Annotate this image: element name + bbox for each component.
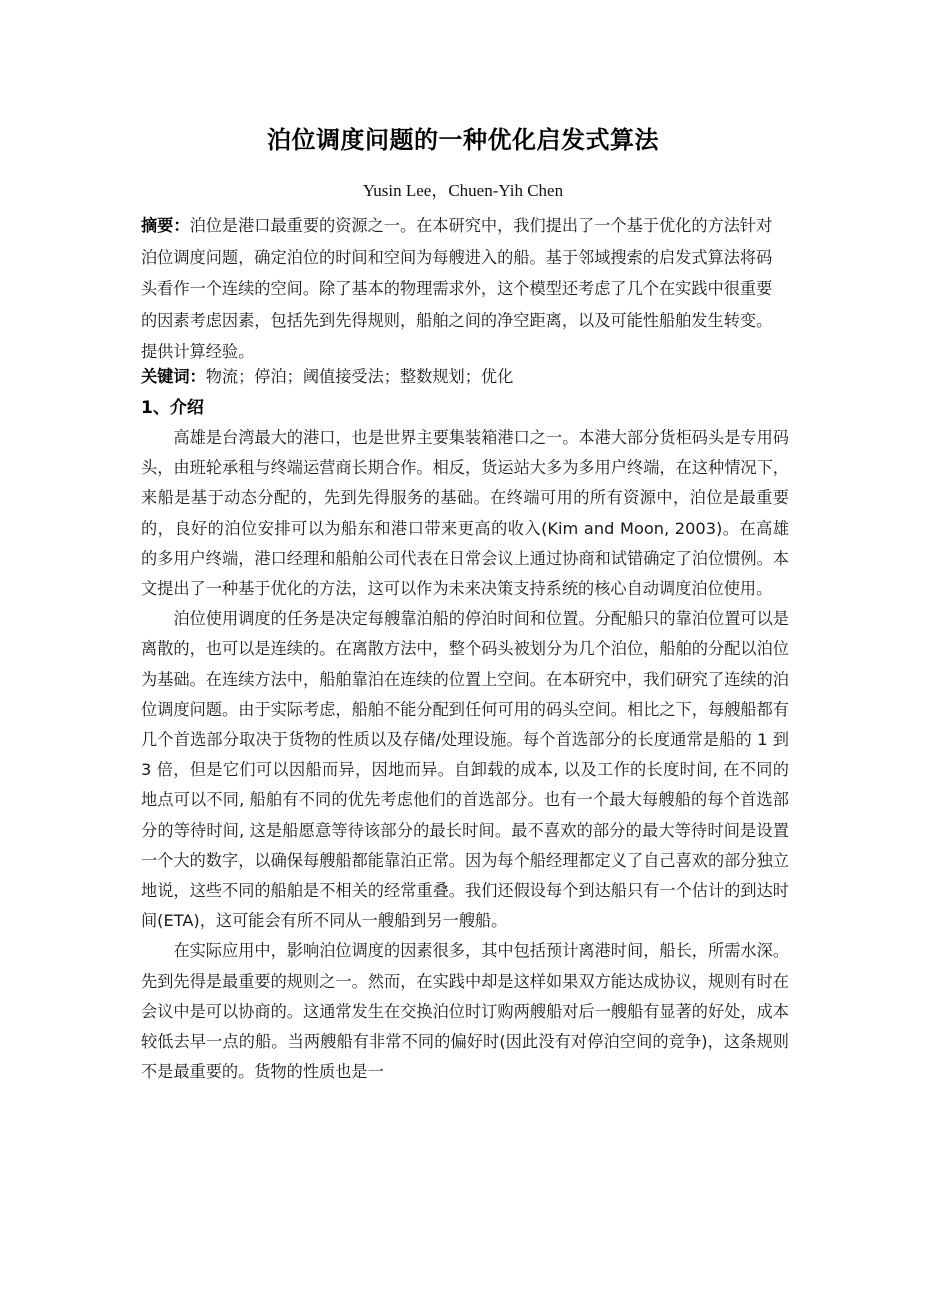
paragraph: 泊位使用调度的任务是决定每艘靠泊船的停泊时间和位置。分配船只的靠泊位置可以是离散… xyxy=(141,604,789,936)
keywords-label: 关键词： xyxy=(141,367,206,386)
abstract-text: 泊位是港口最重要的资源之一。在本研究中，我们提出了一个基于优化的方法针对泊位调度… xyxy=(141,216,772,361)
abstract: 摘要：泊位是港口最重要的资源之一。在本研究中，我们提出了一个基于优化的方法针对泊… xyxy=(141,210,781,368)
abstract-label: 摘要： xyxy=(141,216,190,235)
keywords-text: 物流；停泊；阈值接受法；整数规划；优化 xyxy=(206,367,514,386)
paper-title: 泊位调度问题的一种优化启发式算法 xyxy=(0,120,926,155)
keywords: 关键词：物流；停泊；阈值接受法；整数规划；优化 xyxy=(141,362,789,392)
document-page: 泊位调度问题的一种优化启发式算法 Yusin Lee，Chuen-Yih Che… xyxy=(0,0,926,1309)
paragraph: 在实际应用中，影响泊位调度的因素很多，其中包括预计离港时间，船长，所需水深。先到… xyxy=(141,936,789,1087)
paragraph: 高雄是台湾最大的港口，也是世界主要集装箱港口之一。本港大部分货柜码头是专用码头，… xyxy=(141,423,789,604)
section-heading: 1、介绍 xyxy=(141,393,789,423)
paper-authors: Yusin Lee，Chuen-Yih Chen xyxy=(0,176,926,201)
section-body: 高雄是台湾最大的港口，也是世界主要集装箱港口之一。本港大部分货柜码头是专用码头，… xyxy=(141,423,789,1087)
